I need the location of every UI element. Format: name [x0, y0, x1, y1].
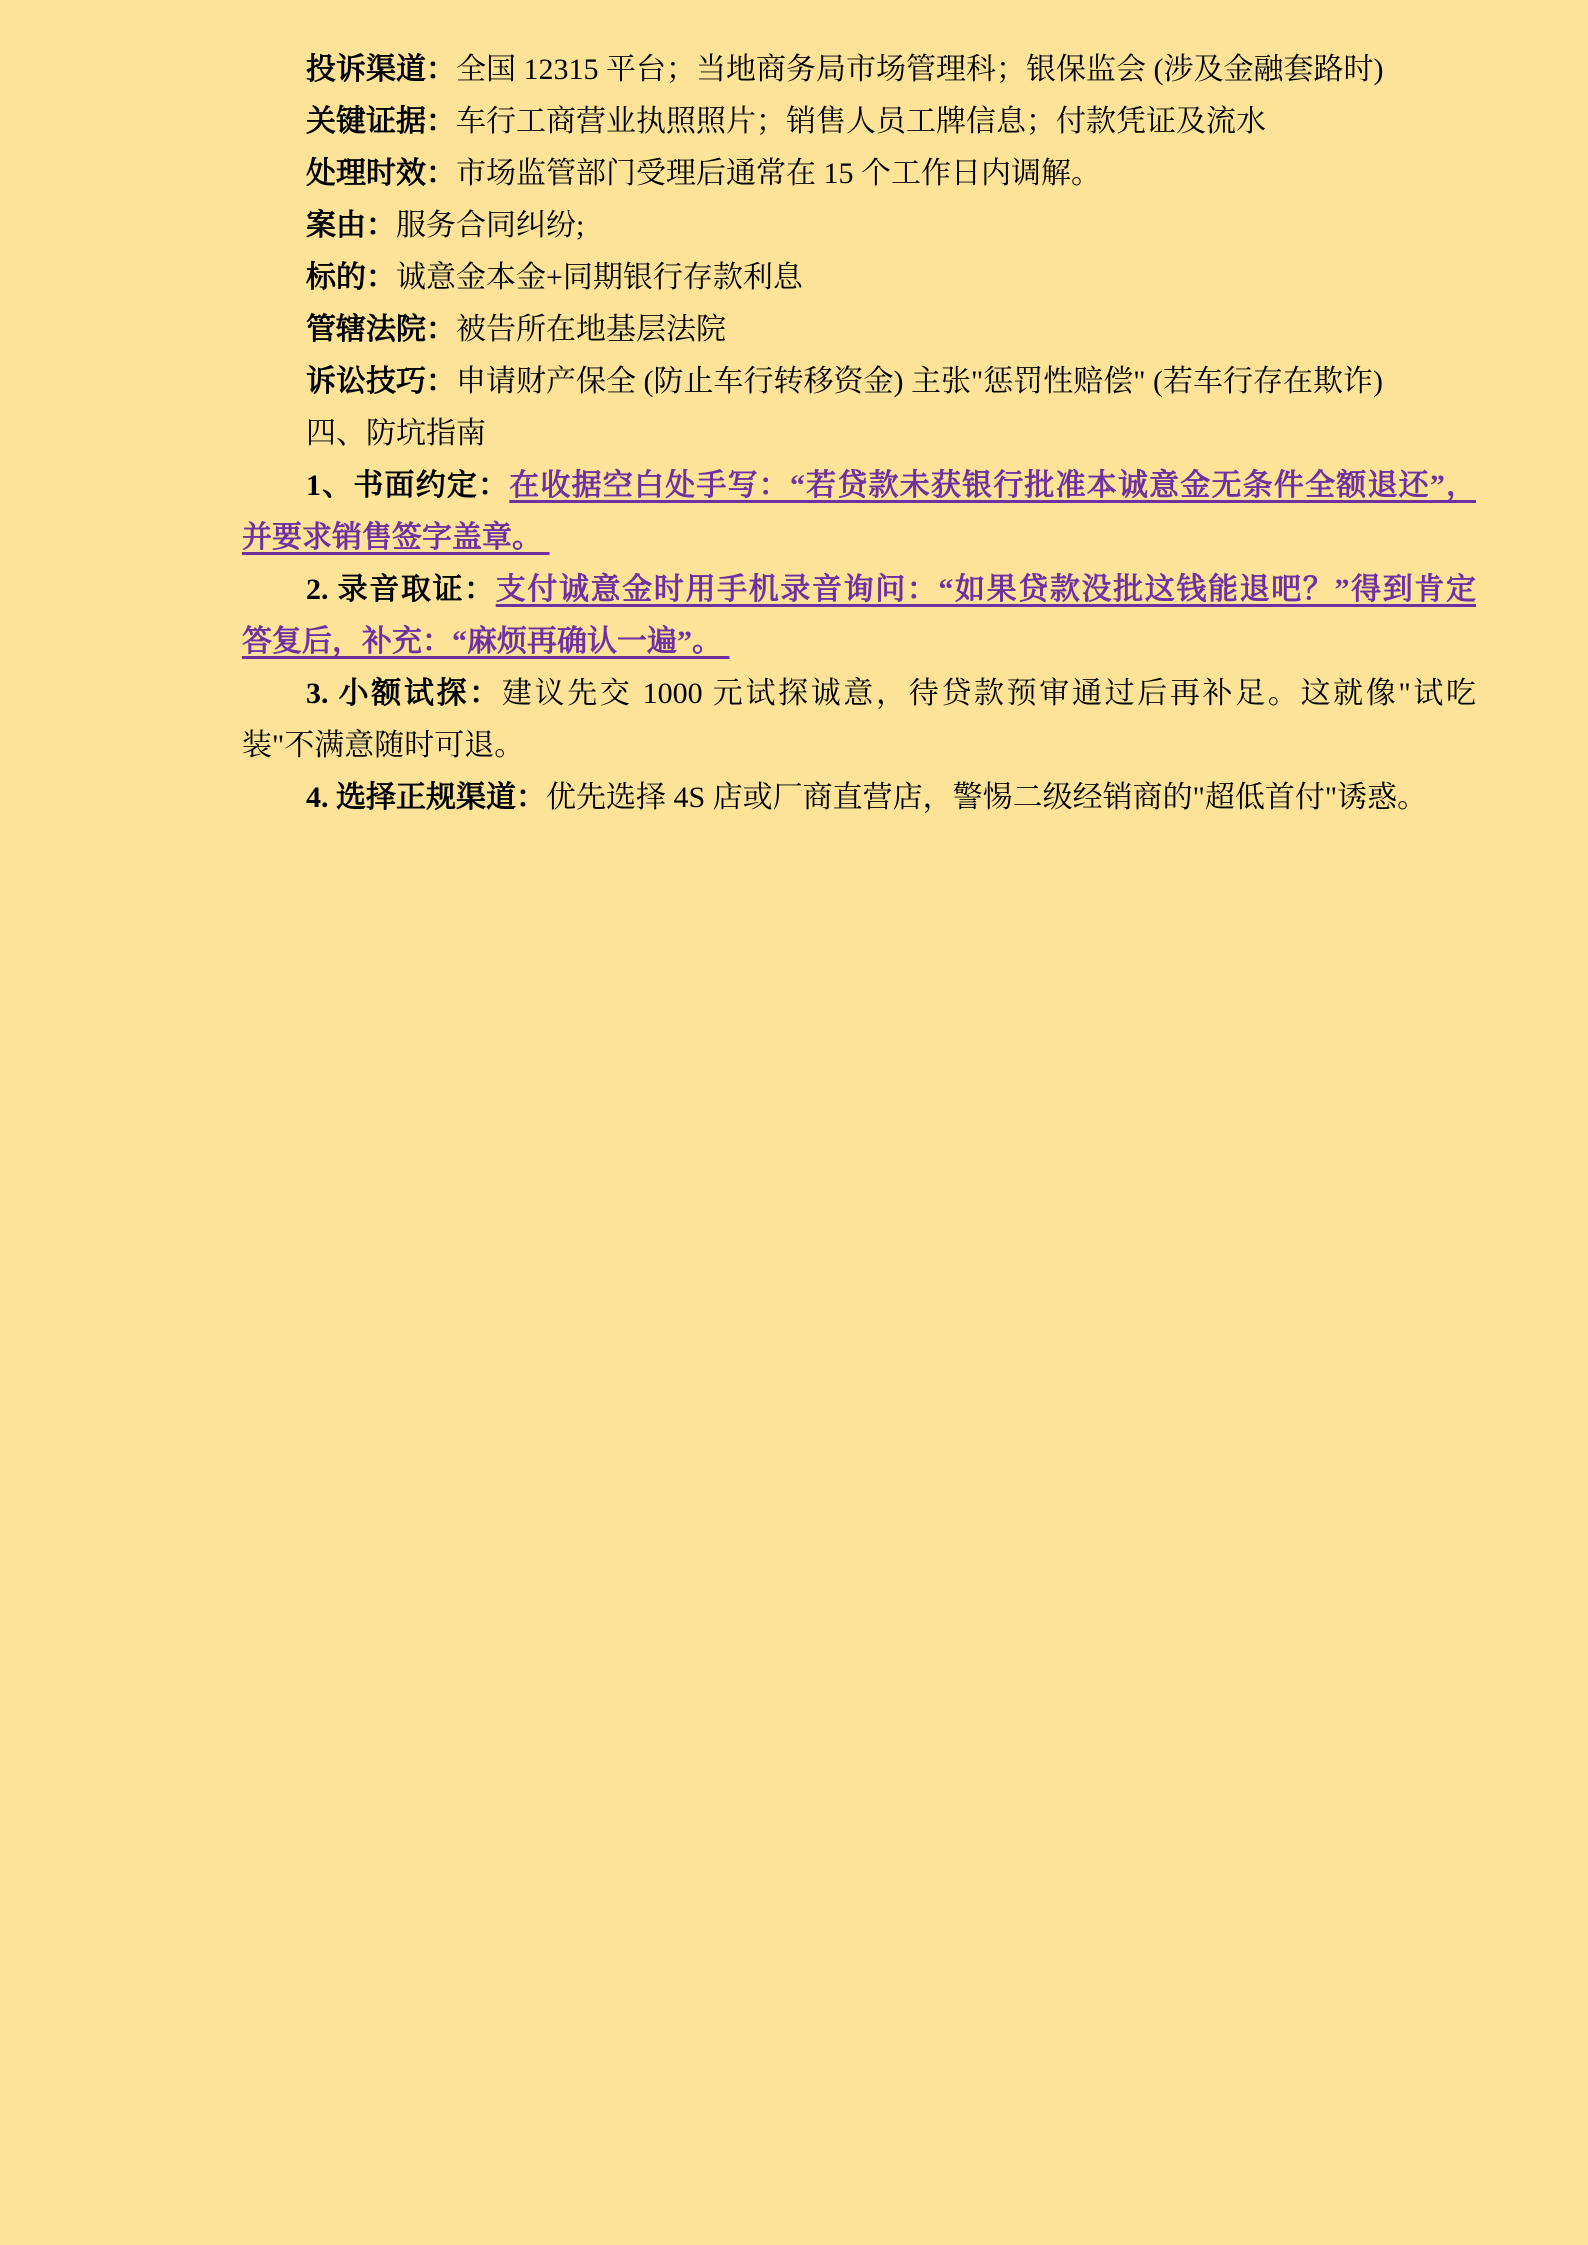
field-line-subject-matter: 标的：诚意金本金+同期银行存款利息: [242, 252, 1476, 304]
item-link-text[interactable]: 并要求销售签字盖章。: [242, 521, 550, 554]
field-label: 案由：: [306, 209, 396, 242]
field-line-cause-of-action: 案由：服务合同纠纷;: [242, 200, 1476, 252]
guide-item-4-official-channels: 4. 选择正规渠道：优先选择 4S 店或厂商直营店，警惕二级经销商的"超低首付"…: [242, 772, 1476, 824]
field-value: 服务合同纠纷;: [396, 209, 584, 242]
field-line-processing-time: 处理时效：市场监管部门受理后通常在 15 个工作日内调解。: [242, 148, 1476, 200]
field-label: 关键证据：: [306, 105, 456, 138]
field-label: 管辖法院：: [306, 313, 456, 346]
field-line-litigation-tips: 诉讼技巧：申请财产保全 (防止车行转移资金) 主张"惩罚性赔偿" (若车行存在欺…: [242, 356, 1476, 408]
field-value: 全国 12315 平台；当地商务局市场管理科；银保监会 (涉及金融套路时): [456, 53, 1383, 86]
field-line-complaint-channels: 投诉渠道：全国 12315 平台；当地商务局市场管理科；银保监会 (涉及金融套路…: [242, 44, 1476, 96]
guide-item-3-small-deposit-line2: 装"不满意随时可退。: [242, 720, 1476, 772]
item-link-text[interactable]: 答复后，补充：“麻烦再确认一遍”。: [242, 625, 730, 658]
field-value: 被告所在地基层法院: [456, 313, 726, 346]
guide-item-2-audio-evidence-line1: 2. 录音取证：支付诚意金时用手机录音询问：“如果贷款没批这钱能退吧？”得到肯定: [242, 564, 1476, 616]
guide-item-1-written-agreement-line2: 并要求销售签字盖章。: [242, 512, 1476, 564]
field-value: 市场监管部门受理后通常在 15 个工作日内调解。: [456, 157, 1101, 190]
field-label: 诉讼技巧：: [306, 365, 456, 398]
field-value: 车行工商营业执照照片；销售人员工牌信息；付款凭证及流水: [456, 105, 1266, 138]
item-label: 1、书面约定：: [306, 469, 509, 502]
item-label: 4. 选择正规渠道：: [306, 781, 546, 814]
document-page: 投诉渠道：全国 12315 平台；当地商务局市场管理科；银保监会 (涉及金融套路…: [0, 0, 1588, 2245]
section-heading-four: 四、防坑指南: [242, 408, 1476, 460]
field-value: 申请财产保全 (防止车行转移资金) 主张"惩罚性赔偿" (若车行存在欺诈): [456, 365, 1383, 398]
field-label: 处理时效：: [306, 157, 456, 190]
item-text: 建议先交 1000 元试探诚意，待贷款预审通过后再补足。这就像"试吃: [502, 677, 1476, 710]
field-label: 投诉渠道：: [306, 53, 456, 86]
section-heading-text: 四、防坑指南: [306, 417, 486, 450]
field-line-key-evidence: 关键证据：车行工商营业执照照片；销售人员工牌信息；付款凭证及流水: [242, 96, 1476, 148]
item-link-text[interactable]: 支付诚意金时用手机录音询问：“如果贷款没批这钱能退吧？”得到肯定: [496, 573, 1476, 606]
guide-item-3-small-deposit-line1: 3. 小额试探：建议先交 1000 元试探诚意，待贷款预审通过后再补足。这就像"…: [242, 668, 1476, 720]
field-label: 标的：: [306, 261, 396, 294]
item-text: 优先选择 4S 店或厂商直营店，警惕二级经销商的"超低首付"诱惑。: [546, 781, 1427, 814]
guide-item-2-audio-evidence-line2: 答复后，补充：“麻烦再确认一遍”。: [242, 616, 1476, 668]
guide-item-1-written-agreement-line1: 1、书面约定：在收据空白处手写：“若贷款未获银行批准本诚意金无条件全额退还”，: [242, 460, 1476, 512]
field-value: 诚意金本金+同期银行存款利息: [396, 261, 803, 294]
field-line-jurisdiction-court: 管辖法院：被告所在地基层法院: [242, 304, 1476, 356]
item-label: 2. 录音取证：: [306, 573, 496, 606]
item-link-text[interactable]: 在收据空白处手写：“若贷款未获银行批准本诚意金无条件全额退还”，: [509, 469, 1476, 502]
item-label: 3. 小额试探：: [306, 677, 502, 710]
item-text: 装"不满意随时可退。: [242, 729, 524, 762]
